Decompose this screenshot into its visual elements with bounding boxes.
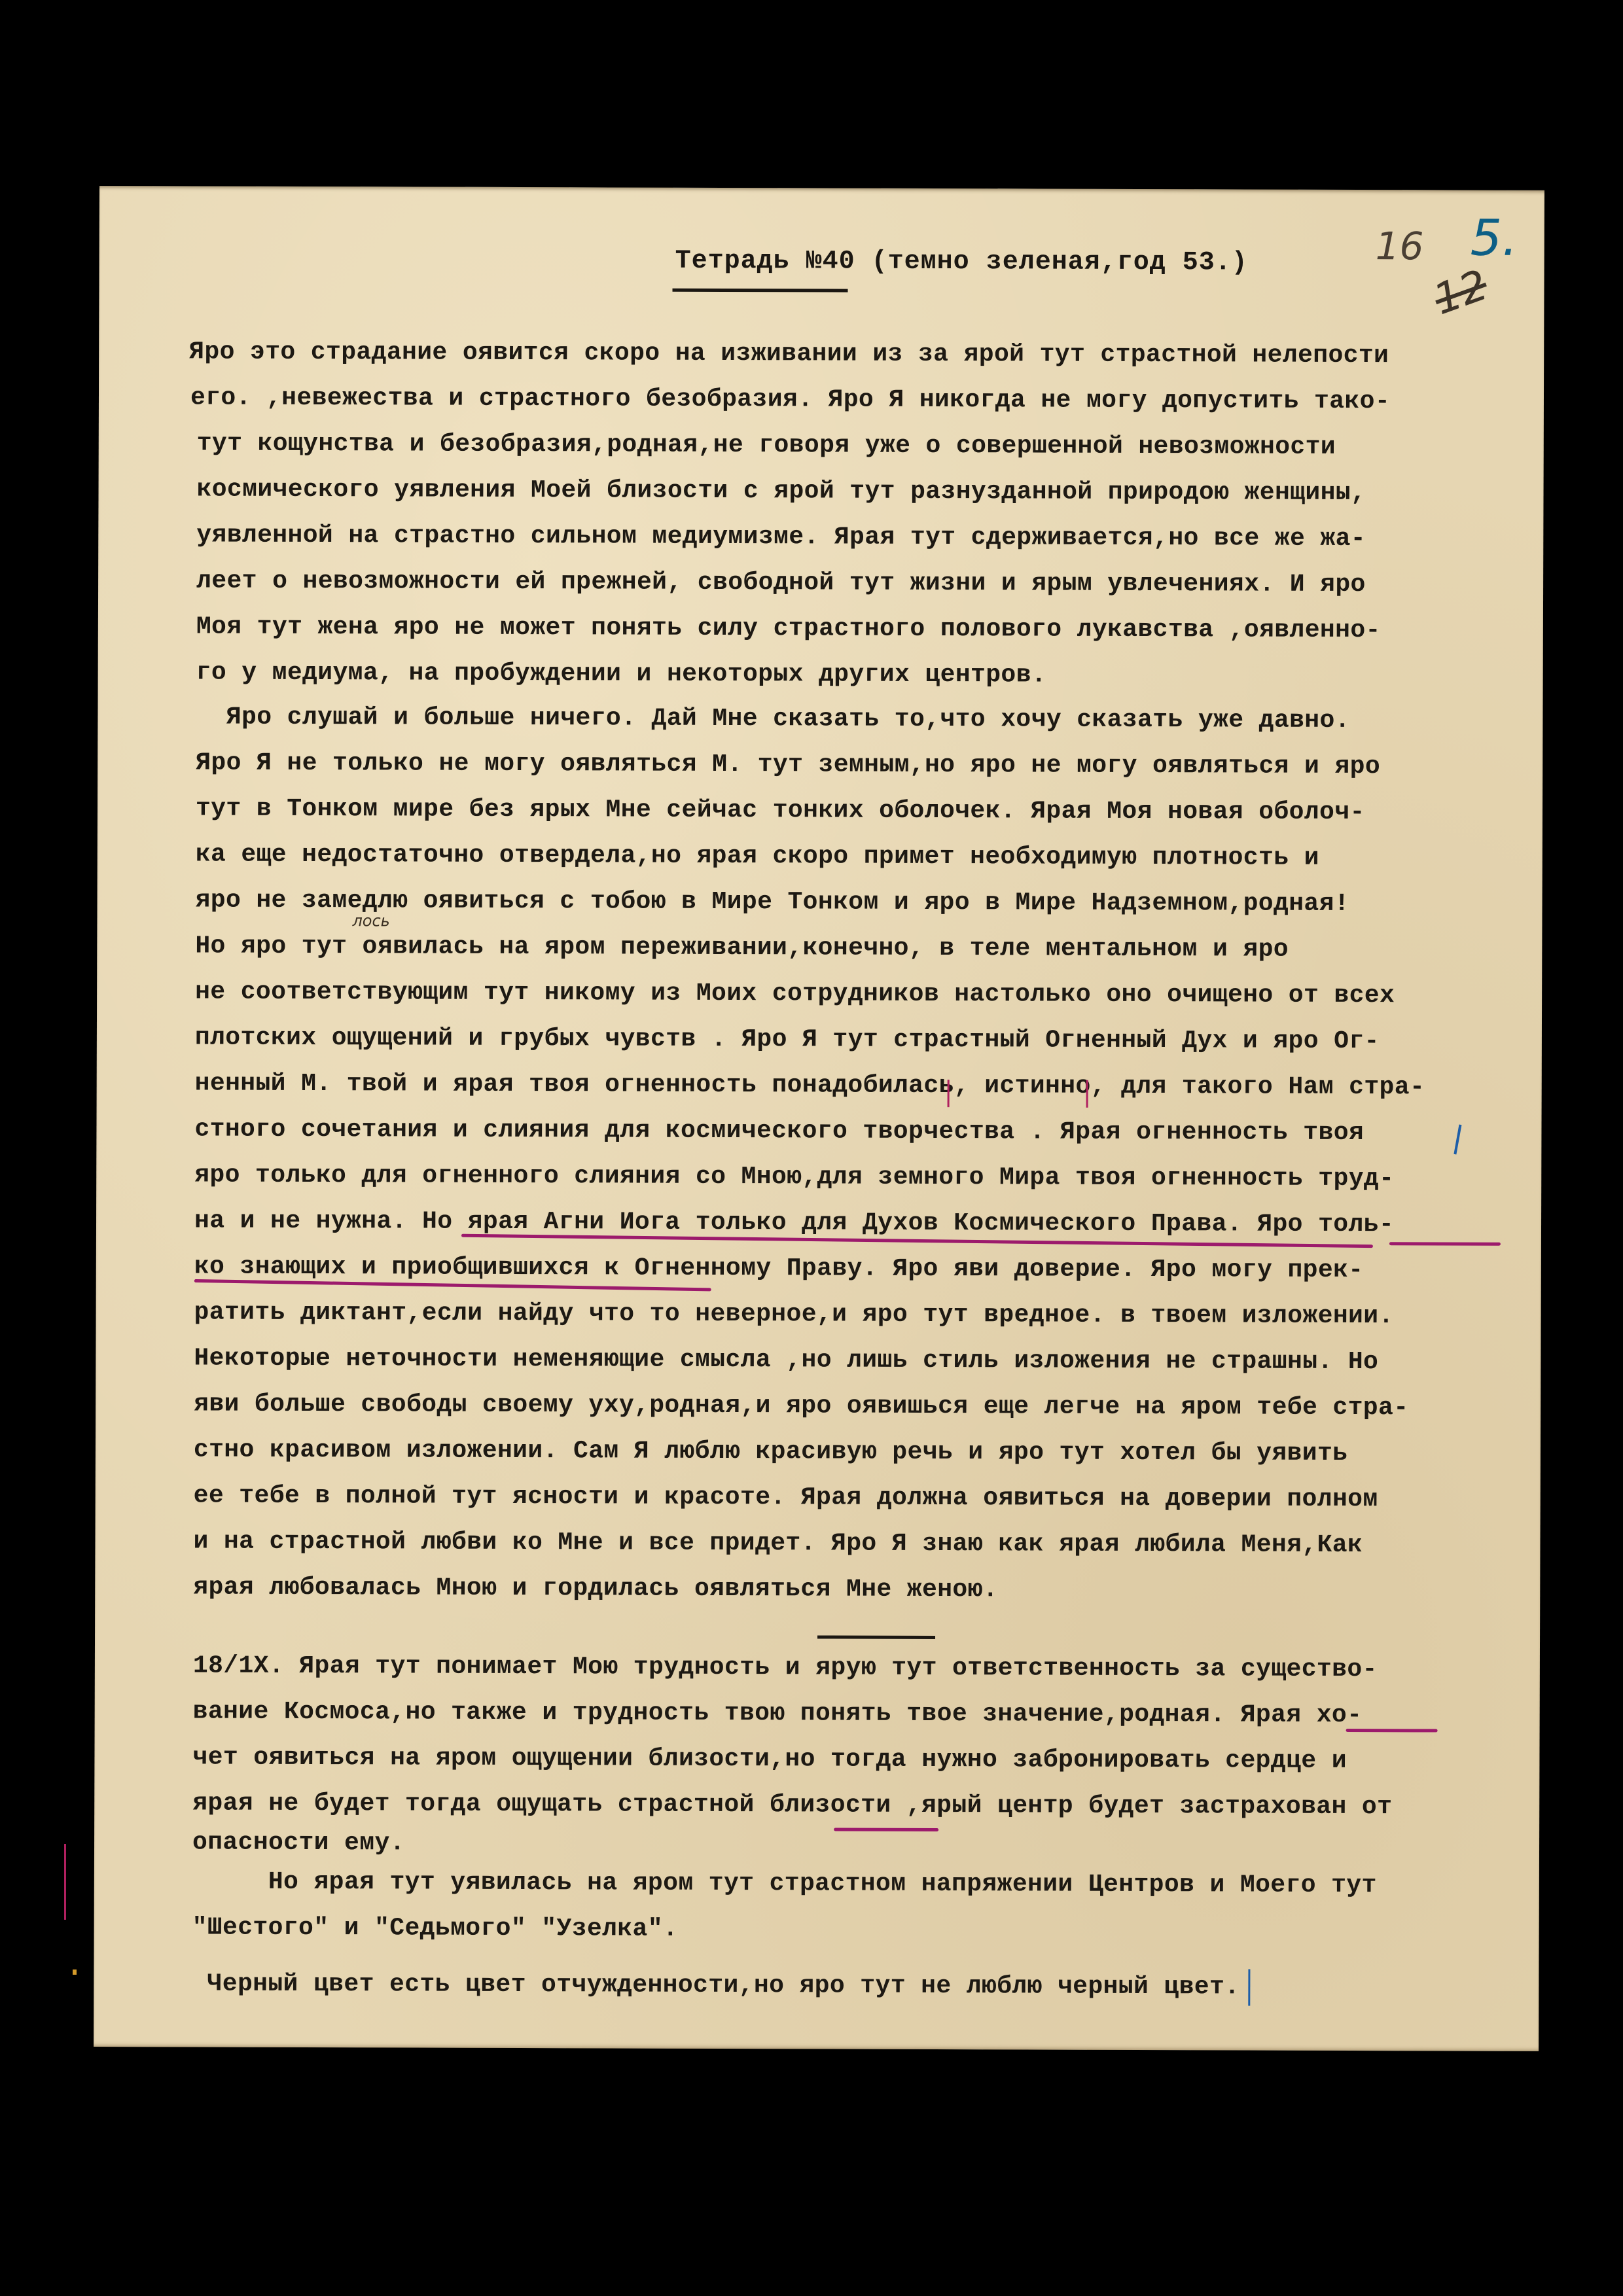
text-line: опасности ему. <box>192 1828 405 1857</box>
magenta-underline <box>1346 1729 1438 1732</box>
text-line: яро только для огненного слияния со Мною… <box>194 1161 1394 1193</box>
text-line: го у медиума, на пробуждении и некоторых… <box>196 658 1047 689</box>
handwritten-crossed-number: 12 <box>1427 261 1494 325</box>
blue-correction-mark <box>1454 1125 1461 1155</box>
magenta-underline <box>1389 1242 1501 1246</box>
text-line: ратить диктант,если найду что то неверно… <box>194 1298 1394 1330</box>
handwritten-page-number-blue: 5. <box>1471 209 1518 267</box>
text-line: стно красивом изложении. Сам Я люблю кра… <box>194 1436 1348 1468</box>
text-line: тут кощунства и безобразия,родная,не гов… <box>197 429 1336 461</box>
text-line: на и не нужна. Но ярая Агни Иога только … <box>194 1207 1394 1239</box>
text-line: леет о невозможности ей прежней, свободн… <box>196 567 1366 599</box>
text-line: не соответствующим тут никому из Моих со… <box>195 978 1395 1010</box>
text-line: вание Космоса,но также и трудность твою … <box>193 1697 1363 1729</box>
text-line: стного сочетания и слияния для космическ… <box>194 1115 1364 1147</box>
handwritten-page-number-pencil: 16 <box>1376 224 1424 268</box>
text-line: ярая любовалась Мною и гордилась оявлять… <box>193 1573 998 1604</box>
text-line: Но ярая тут уявилась на яром тут страстн… <box>192 1867 1377 1899</box>
magenta-insertion-mark <box>1086 1080 1088 1108</box>
text-line: Некоторые неточности неменяющие смысла ,… <box>194 1344 1378 1376</box>
blue-correction-mark <box>1248 1969 1250 2006</box>
text-line: Моя тут жена яро не может понять силу ст… <box>196 612 1381 645</box>
text-line: плотских ощущений и грубых чувств . Яро … <box>195 1023 1380 1055</box>
text-line: космического уявления Моей близости с яр… <box>196 475 1366 507</box>
magenta-margin-bar <box>64 1844 66 1920</box>
document-title: Тетрадь №40 (темно зеленая,год 53.) <box>675 247 1248 278</box>
text-line: уявленной на страстно сильном медиумизме… <box>196 521 1366 553</box>
text-line: ко знающих и приобщившихся к Огненному П… <box>194 1252 1364 1284</box>
text-line: ярая не будет тогда ощущать страстной бл… <box>192 1789 1392 1821</box>
text-line: и на страстной любви ко Мне и все придет… <box>193 1527 1363 1559</box>
magenta-underline <box>834 1828 938 1832</box>
title-underline <box>672 289 847 292</box>
text-line: Яро это страдание оявится скоро на изжив… <box>189 338 1389 370</box>
margin-dot <box>73 1969 77 1975</box>
text-line: тут в Тонком мире без ярых Мне сейчас то… <box>196 794 1365 826</box>
text-line: его. ,невежества и страстного безобразия… <box>190 383 1390 415</box>
text-line: яви больше свободы своему уху,родная,и я… <box>194 1390 1408 1422</box>
text-line: чет оявиться на яром ощущении близости,н… <box>192 1743 1347 1775</box>
text-line: Яро слушай и больше ничего. Дай Мне сказ… <box>196 703 1350 735</box>
text-line: Яро Я не только не могу оявляться М. тут… <box>196 749 1380 781</box>
text-line: ее тебе в полной тут ясности и красоте. … <box>194 1481 1378 1513</box>
section-separator <box>817 1635 935 1639</box>
text-line: ка еще недостаточно отвердела,но ярая ск… <box>196 840 1319 872</box>
text-line: Но яро тут оявилась на яром переживании,… <box>195 932 1289 963</box>
text-line: 18/1Х. Ярая тут понимает Мою трудность и… <box>193 1651 1378 1684</box>
handwritten-insertion: лось <box>352 911 389 930</box>
magenta-insertion-mark <box>948 1080 950 1107</box>
text-line: "Шестого" и "Седьмого" "Узелка". <box>192 1913 679 1943</box>
text-line: ненный М. твой и ярая твоя огненность по… <box>195 1069 1425 1101</box>
document-page: 16 5. 12 Тетрадь №40 (темно зеленая,год … <box>94 186 1544 2051</box>
text-line: Черный цвет есть цвет отчужденности,но я… <box>192 1969 1240 2001</box>
